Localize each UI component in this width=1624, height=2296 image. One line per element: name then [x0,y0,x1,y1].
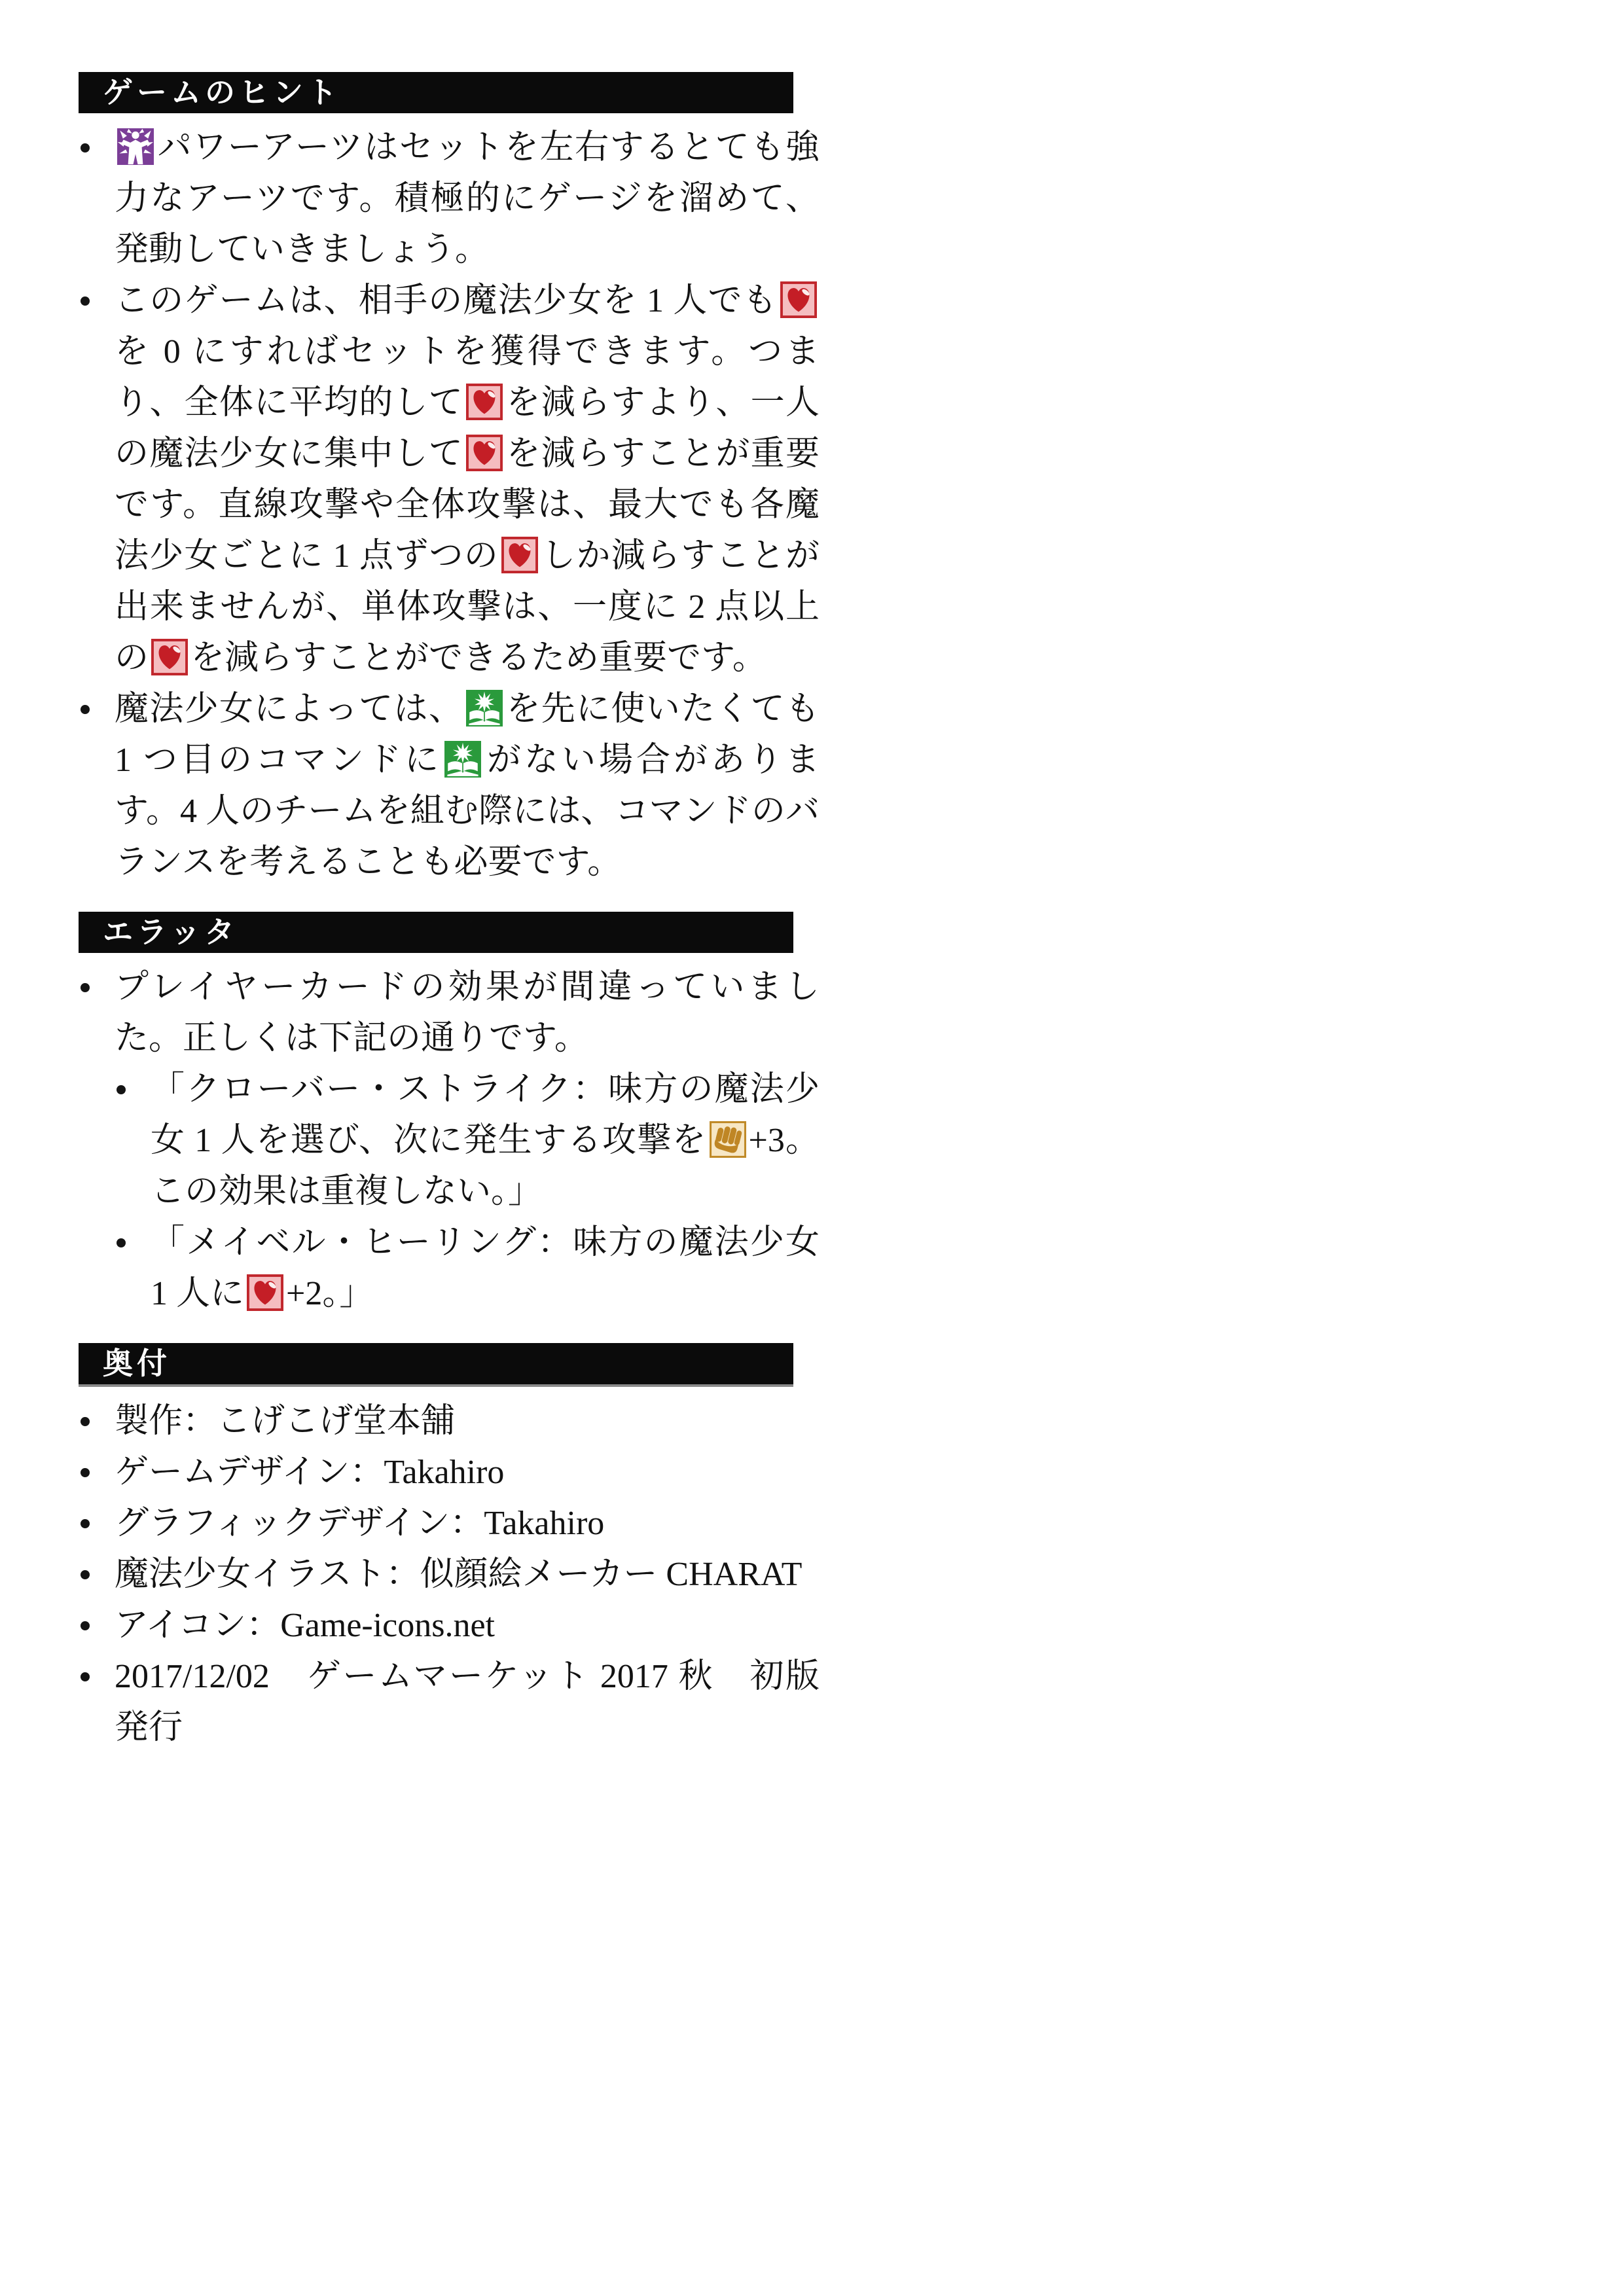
heart-hp-icon [466,435,503,471]
list-item: 魔法少女によっては、 を先に使いたくても 1 つ目のコマンドに がない場合があり… [79,684,820,888]
list-item: このゲームは、相手の魔法少女を 1 人でも を 0 にすればセットを獲得できます… [79,276,820,684]
list-item: 魔法少女イラスト：似顔絵メーカー CHARAT [79,1549,820,1600]
list-item: パワーアーツはセットを左右するとても強力なアーツです。積極的にゲージを溜めて、発… [79,122,820,276]
game-hints-list: パワーアーツはセットを左右するとても強力なアーツです。積極的にゲージを溜めて、発… [79,122,820,888]
heart-hp-icon [247,1274,283,1311]
list-item: グラフィックデザイン：Takahiro [79,1498,820,1549]
heart-hp-icon [466,384,503,420]
fist-attack-icon [710,1121,746,1158]
list-item: 製作：こげこげ堂本舗 [79,1396,820,1447]
rulebook-page: ゲームのヒント パワーアーツはセットを左右するとても強力なアーツです。積極的にゲ… [0,0,1624,2296]
errata-list: プレイヤーカードの効果が間違っていました。正しくは下記の通りです。「クローバー・… [79,962,820,1319]
heart-hp-icon [780,281,817,318]
section-title: 奥付 [103,1346,171,1380]
section-title: エラッタ [103,915,238,949]
sub-list-item: 「メイベル・ヒーリング：味方の魔法少女 1 人に +2。」 [115,1217,820,1319]
heart-hp-icon [501,537,538,573]
list-item: プレイヤーカードの効果が間違っていました。正しくは下記の通りです。 [79,962,820,1064]
section-errata: エラッタ プレイヤーカードの効果が間違っていました。正しくは下記の通りです。「ク… [79,912,820,1319]
section-header-errata: エラッタ [79,912,793,953]
power-arts-icon [117,128,154,165]
section-colophon: 奥付 製作：こげこげ堂本舗ゲームデザイン：Takahiroグラフィックデザイン：… [79,1343,820,1753]
section-header-colophon: 奥付 [79,1343,793,1387]
content-column: ゲームのヒント パワーアーツはセットを左右するとても強力なアーツです。積極的にゲ… [79,72,820,1753]
spellbook-command-icon [444,741,481,778]
sub-list-item: 「クローバー・ストライク：味方の魔法少女 1 人を選び、次に発生する攻撃を +3… [115,1064,820,1217]
list-item: ゲームデザイン：Takahiro [79,1447,820,1498]
section-game-hints: ゲームのヒント パワーアーツはセットを左右するとても強力なアーツです。積極的にゲ… [79,72,820,888]
section-header-game-hints: ゲームのヒント [79,72,793,113]
heart-hp-icon [151,639,188,675]
colophon-list: 製作：こげこげ堂本舗ゲームデザイン：Takahiroグラフィックデザイン：Tak… [79,1396,820,1753]
section-title: ゲームのヒント [103,75,341,109]
spellbook-command-icon [466,690,503,726]
list-item: 2017/12/02 ゲームマーケット 2017 秋 初版発行 [79,1651,820,1753]
list-item: アイコン：Game-icons.net [79,1600,820,1651]
